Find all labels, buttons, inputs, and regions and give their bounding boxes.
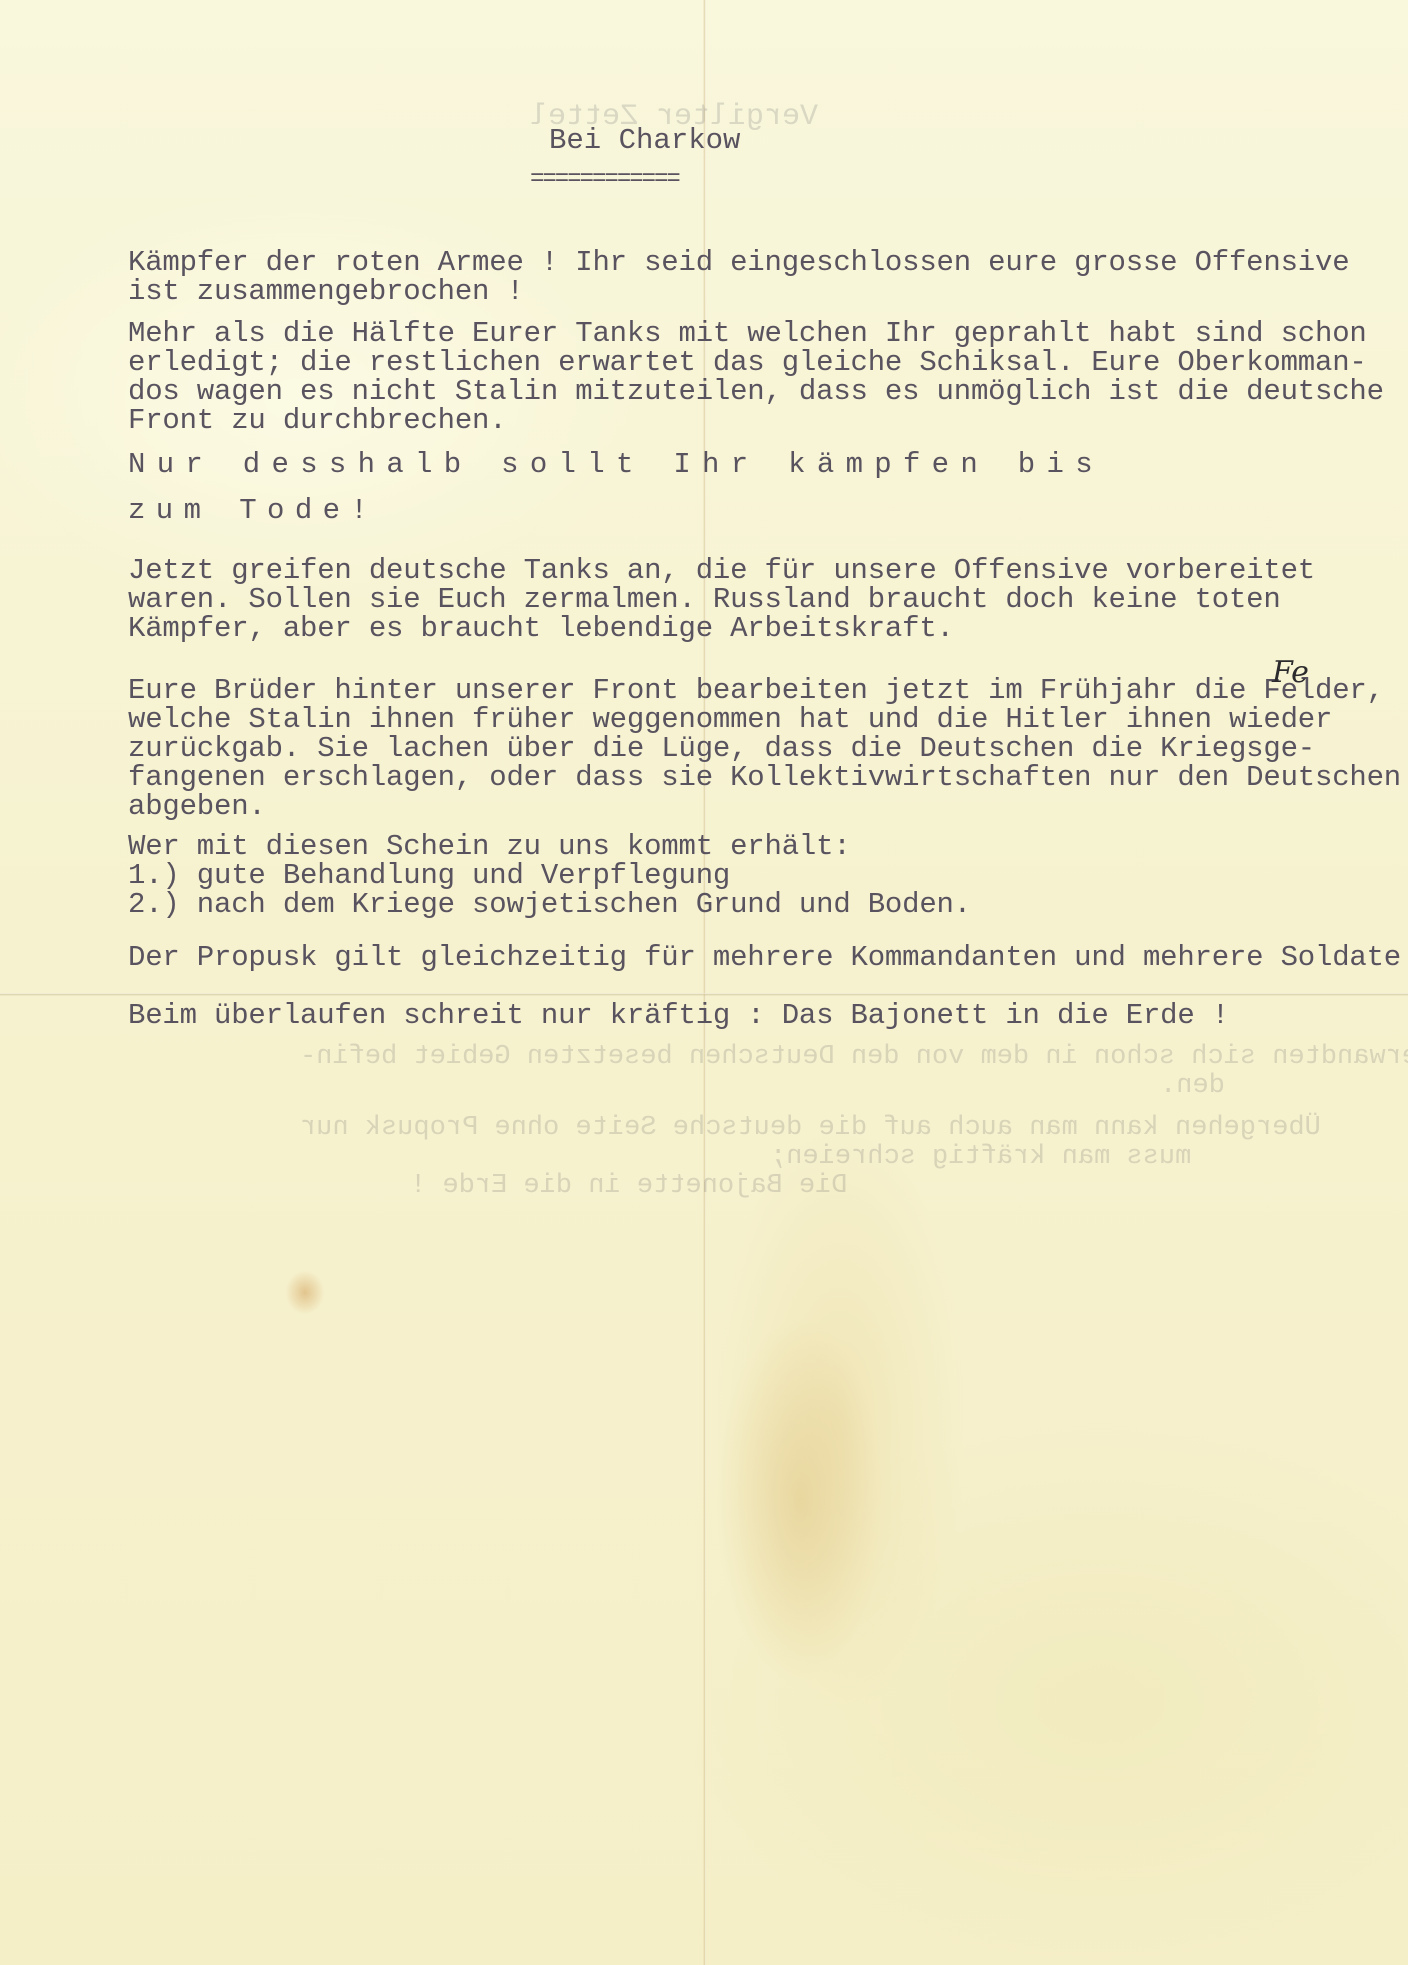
ghost-line: Verwandten sich schon in dem von den Deu… [300, 1043, 1408, 1072]
paragraph-1-line: Kämpfer der roten Armee ! Ihr seid einge… [128, 248, 1349, 277]
emphasis-line: zum Tode! [128, 496, 378, 525]
horizontal-fold-crease [0, 993, 1408, 996]
paragraph-4-line: fangenen erschlagen, oder dass sie Kolle… [128, 763, 1401, 792]
document-title: Bei Charkow [549, 126, 740, 155]
ghost-line: muss man kräftig schreien; [770, 1143, 1191, 1172]
paragraph-2-line: Mehr als die Hälfte Eurer Tanks mit welc… [128, 319, 1367, 348]
paper-stain [285, 1270, 325, 1315]
vertical-fold-crease [703, 0, 706, 1965]
paragraph-2-line: Front zu durchbrechen. [128, 406, 506, 435]
ghost-line: den. [1160, 1072, 1225, 1101]
paragraph-4-line: zurückgab. Sie lachen über die Lüge, das… [128, 734, 1315, 763]
paragraph-3-line: waren. Sollen sie Euch zermalmen. Russla… [128, 585, 1281, 614]
paragraph-3-line: Kämpfer, aber es braucht lebendige Arbei… [128, 614, 954, 643]
paragraph-4-line: abgeben. [128, 792, 266, 821]
emphasis-line: Nur desshalb sollt Ihr kämpfen bis [128, 450, 1104, 479]
closing-line: Beim überlaufen schreit nur kräftig : Da… [128, 1001, 1229, 1030]
paragraph-2-line: dos wagen es nicht Stalin mitzuteilen, d… [128, 377, 1384, 406]
list-item: 2.) nach dem Kriege sowjetischen Grund u… [128, 890, 971, 919]
handwritten-correction: Fe [1272, 655, 1309, 690]
paragraph-4-line: welche Stalin ihnen früher weggenommen h… [128, 705, 1332, 734]
list-intro: Wer mit diesen Schein zu uns kommt erhäl… [128, 832, 851, 861]
list-item: 1.) gute Behandlung und Verpflegung [128, 861, 730, 890]
propusk-line: Der Propusk gilt gleichzeitig für mehrer… [128, 943, 1401, 972]
paragraph-1-line: ist zusammengebrochen ! [128, 277, 524, 306]
ghost-line: Die Bajonette in die Erde ! [410, 1172, 847, 1201]
paragraph-4-line: Eure Brüder hinter unserer Front bearbei… [128, 676, 1384, 705]
title-underline: ============ [530, 168, 679, 192]
paragraph-3-line: Jetzt greifen deutsche Tanks an, die für… [128, 556, 1315, 585]
paragraph-2-line: erledigt; die restlichen erwartet das gl… [128, 348, 1367, 377]
ghost-line: Übergehen kann man auch auf die deutsche… [300, 1114, 1321, 1143]
